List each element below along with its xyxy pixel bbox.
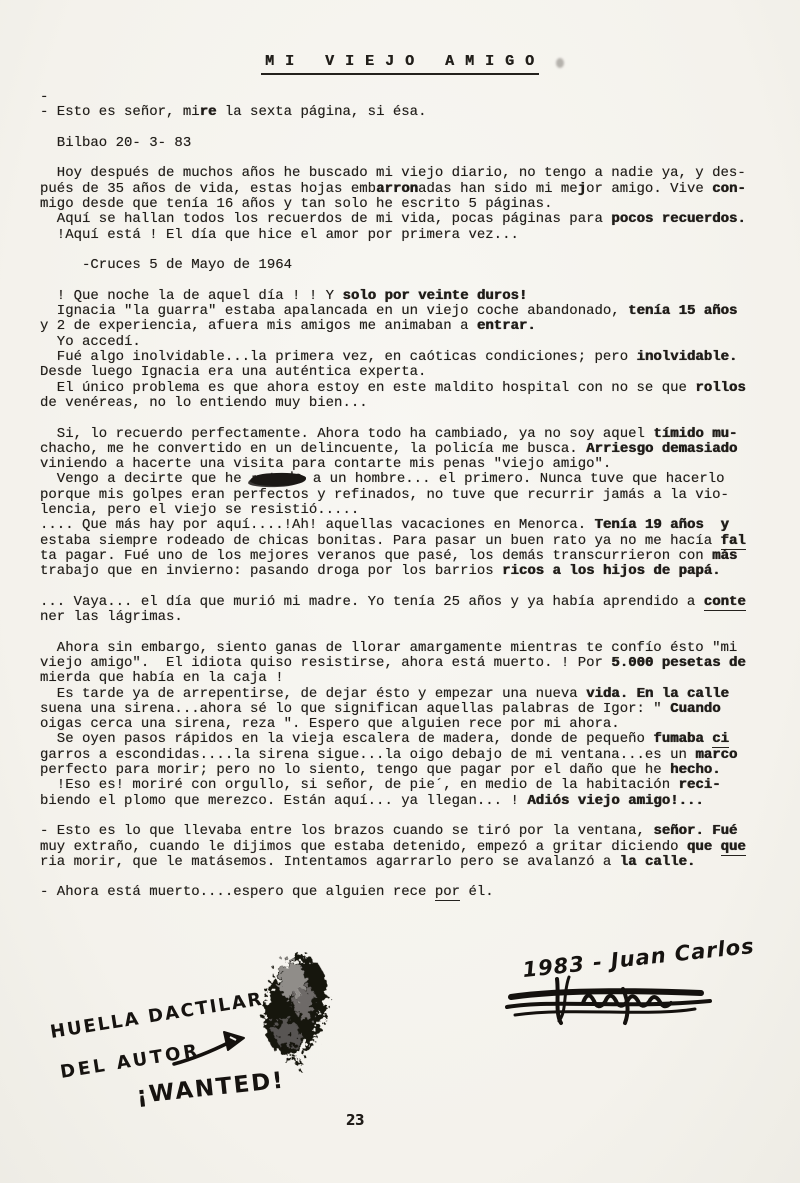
typewriter-line: estaba siempre rodeado de chicas bonitas… xyxy=(40,534,768,549)
typewriter-line xyxy=(40,121,768,136)
text-segment: señor. Fué xyxy=(653,823,737,839)
text-segment: arron xyxy=(376,181,418,197)
text-segment: Si, lo recuerdo perfectamente. Ahora tod… xyxy=(40,426,653,442)
text-segment: estaba siempre rodeado de chicas bonitas… xyxy=(40,533,721,549)
text-segment: Fué algo inolvidable...la primera vez, e… xyxy=(40,349,637,365)
text-segment: viejo amigo". El idiota quiso resistirse… xyxy=(40,655,611,671)
text-segment: ta pagar. Fué uno de los mejores veranos… xyxy=(40,548,712,564)
typewriter-line: - Esto es lo que llevaba entre los brazo… xyxy=(40,824,768,839)
text-segment: pocos recuerdos. xyxy=(611,211,745,227)
typewriter-line: !Aquí está ! El día que hice el amor por… xyxy=(40,228,768,243)
text-segment: rollos xyxy=(695,380,745,396)
typewriter-line: Vengo a decirte que he matado a un hombr… xyxy=(40,472,768,487)
text-segment: que xyxy=(687,839,721,855)
text-segment: por xyxy=(435,884,460,901)
signature-scribble-icon xyxy=(505,975,715,1027)
text-segment: porque mis golpes eran perfectos y refin… xyxy=(40,487,729,503)
text-segment: con- xyxy=(712,181,746,197)
typewriter-line: Se oyen pasos rápidos en la vieja escale… xyxy=(40,732,768,747)
typewriter-line: Desde luego Ignacia era una auténtica ex… xyxy=(40,365,768,380)
text-segment: tenía 15 años xyxy=(628,303,737,319)
text-segment: la sexta página, si ésa. xyxy=(216,104,426,120)
page-title: M I V I E J O A M I G O xyxy=(261,53,539,75)
typewriter-line: pués de 35 años de vida, estas hojas emb… xyxy=(40,182,768,197)
typewriter-line: ta pagar. Fué uno de los mejores veranos… xyxy=(40,549,768,564)
text-segment: 5.000 pesetas de xyxy=(611,655,745,671)
typewriter-line: El único problema es que ahora estoy en … xyxy=(40,381,768,396)
text-segment: Es tarde ya de arrepentirse, de dejar és… xyxy=(40,686,586,702)
typewriter-line: - xyxy=(40,90,768,105)
text-segment: vida. En la calle xyxy=(586,686,729,702)
text-segment: migo desde que tenía 16 años y tan solo … xyxy=(40,196,552,212)
typewriter-line: Aquí se hallan todos los recuerdos de mi… xyxy=(40,212,768,227)
typewriter-line xyxy=(40,274,768,289)
text-segment: !Eso es! moriré con orgullo, si señor, d… xyxy=(40,777,679,793)
text-segment: ria morir, que le matásemos. Intentamos … xyxy=(40,854,620,870)
typewriter-line: ria morir, que le matásemos. Intentamos … xyxy=(40,855,768,870)
text-segment: or amigo. Vive xyxy=(586,181,712,197)
typewriter-line: garros a escondidas....la sirena sigue..… xyxy=(40,748,768,763)
typewriter-line: !Eso es! moriré con orgullo, si señor, d… xyxy=(40,778,768,793)
text-segment: pués de 35 años de vida, estas hojas emb xyxy=(40,181,376,197)
text-segment: - Ahora está muerto....espero que alguie… xyxy=(40,884,435,900)
ink-smudge xyxy=(556,58,564,68)
scanned-document-page: M I V I E J O A M I G O -- Esto es señor… xyxy=(0,0,800,1183)
text-segment: Vengo a decirte que he xyxy=(40,471,250,487)
text-segment: muy extraño, cuando le dijimos que estab… xyxy=(40,839,687,855)
text-segment: reci- xyxy=(679,777,721,793)
text-segment: conte xyxy=(704,594,746,611)
typewriter-line: - Esto es señor, mire la sexta página, s… xyxy=(40,105,768,120)
typewriter-text: -- Esto es señor, mire la sexta página, … xyxy=(40,90,768,901)
text-segment: ner las lágrimas. xyxy=(40,609,183,625)
text-segment: garros a escondidas....la sirena sigue..… xyxy=(40,747,695,763)
text-segment: tímido mu- xyxy=(653,426,737,442)
typewriter-line xyxy=(40,625,768,640)
text-segment: ! Que noche la de aquel día ! ! Y xyxy=(40,288,342,304)
text-segment: chacho, me he convertido en un delincuen… xyxy=(40,441,586,457)
text-segment: mierda que había en la caja ! xyxy=(40,670,284,686)
text-segment: hecho. xyxy=(670,762,720,778)
text-segment: oigas cerca una sirena, reza ". Espero q… xyxy=(40,716,620,732)
text-segment: adas han sido mi me xyxy=(418,181,578,197)
page-number: 23 xyxy=(346,1111,364,1129)
typewriter-line: .... Que más hay por aquí....!Ah! aquell… xyxy=(40,518,768,533)
typewriter-line: ner las lágrimas. xyxy=(40,610,768,625)
fingerprint-caption-line2: DEL AUTOR xyxy=(59,1040,202,1083)
text-segment: él. xyxy=(460,884,494,900)
text-segment: Se oyen pasos rápidos en la vieja escale… xyxy=(40,731,653,747)
typewriter-line: chacho, me he convertido en un delincuen… xyxy=(40,442,768,457)
text-segment: Adiós viejo amigo!... xyxy=(527,793,703,809)
typewriter-line xyxy=(40,411,768,426)
typewriter-line: biendo el plomo que merezco. Están aquí.… xyxy=(40,794,768,809)
typewriter-line: de venéreas, no lo entiendo muy bien... xyxy=(40,396,768,411)
text-segment: El único problema es que ahora estoy en … xyxy=(40,380,695,396)
text-segment: inolvidable. xyxy=(637,349,738,365)
typewriter-line: Bilbao 20- 3- 83 xyxy=(40,136,768,151)
text-segment: .... Que más hay por aquí....!Ah! aquell… xyxy=(40,517,595,533)
typewriter-line: Si, lo recuerdo perfectamente. Ahora tod… xyxy=(40,427,768,442)
text-segment: lencia, pero el viejo se resistió..... xyxy=(40,502,359,518)
text-segment: Ahora sin embargo, siento ganas de llora… xyxy=(40,640,737,656)
typewriter-line: ... Vaya... el día que murió mi madre. Y… xyxy=(40,595,768,610)
text-segment: y 2 de experiencia, afuera mis amigos me… xyxy=(40,318,477,334)
typewriter-line xyxy=(40,809,768,824)
text-segment: ricos a los hijos de papá. xyxy=(502,563,720,579)
text-segment: Aquí se hallan todos los recuerdos de mi… xyxy=(40,211,611,227)
text-segment: fumaba xyxy=(653,731,712,747)
text-segment: Tenía 19 años y xyxy=(595,517,729,533)
typewriter-line xyxy=(40,243,768,258)
wanted-caption: ¡WANTED! xyxy=(135,1068,286,1109)
title-row: M I V I E J O A M I G O xyxy=(0,52,800,75)
text-segment: de venéreas, no lo entiendo muy bien... xyxy=(40,395,368,411)
typewriter-line: Ahora sin embargo, siento ganas de llora… xyxy=(40,641,768,656)
text-segment: Desde luego Ignacia era una auténtica ex… xyxy=(40,364,426,380)
text-segment: - Esto es señor, mi xyxy=(40,104,200,120)
text-segment: j xyxy=(578,181,586,197)
text-segment: marco xyxy=(695,747,737,763)
text-segment: Ignacia "la guarra" estaba apalancada en… xyxy=(40,303,628,319)
text-segment: suena una sirena...ahora sé lo que signi… xyxy=(40,701,670,717)
text-segment: !Aquí está ! El día que hice el amor por… xyxy=(40,227,519,243)
typewriter-line: trabajo que en invierno: pasando droga p… xyxy=(40,564,768,579)
text-segment: -Cruces 5 de Mayo de 1964 xyxy=(40,257,292,273)
typewriter-line: suena una sirena...ahora sé lo que signi… xyxy=(40,702,768,717)
typewriter-line: Yo accedí. xyxy=(40,335,768,350)
text-segment: perfecto para morir; pero no lo siento, … xyxy=(40,762,670,778)
typewriter-line: - Ahora está muerto....espero que alguie… xyxy=(40,885,768,900)
typewriter-line: mierda que había en la caja ! xyxy=(40,671,768,686)
typewriter-line: ! Que noche la de aquel día ! ! Y solo p… xyxy=(40,289,768,304)
text-segment: re xyxy=(200,104,217,120)
text-segment: a un hombre... el primero. Nunca tuve qu… xyxy=(304,471,724,487)
typewriter-line xyxy=(40,580,768,595)
typewriter-line: porque mis golpes eran perfectos y refin… xyxy=(40,488,768,503)
text-segment: la calle. xyxy=(620,854,696,870)
text-segment: Yo accedí. xyxy=(40,334,141,350)
typewriter-line: -Cruces 5 de Mayo de 1964 xyxy=(40,258,768,273)
text-segment: más xyxy=(712,548,737,564)
text-segment: viniendo a hacerte una visita para conta… xyxy=(40,456,611,472)
text-segment: Cuando xyxy=(670,701,720,717)
text-segment: matado xyxy=(250,472,305,486)
text-segment: ... Vaya... el día que murió mi madre. Y… xyxy=(40,594,704,610)
typewriter-line: y 2 de experiencia, afuera mis amigos me… xyxy=(40,319,768,334)
typewriter-line: Es tarde ya de arrepentirse, de dejar és… xyxy=(40,687,768,702)
text-segment: - xyxy=(40,89,48,105)
text-segment: solo por veinte duros! xyxy=(342,288,527,304)
text-segment: trabajo que en invierno: pasando droga p… xyxy=(40,563,502,579)
text-segment: entrar. xyxy=(477,318,536,334)
text-segment: que xyxy=(721,839,746,856)
text-segment: - Esto es lo que llevaba entre los brazo… xyxy=(40,823,653,839)
typewriter-line: viejo amigo". El idiota quiso resistirse… xyxy=(40,656,768,671)
typewriter-line: Hoy después de muchos años he buscado mi… xyxy=(40,166,768,181)
text-segment: Hoy después de muchos años he buscado mi… xyxy=(40,165,746,181)
text-segment: Arriesgo demasiado xyxy=(586,441,737,457)
typewriter-line: muy extraño, cuando le dijimos que estab… xyxy=(40,840,768,855)
text-segment: Bilbao 20- 3- 83 xyxy=(40,135,191,151)
text-segment: biendo el plomo que merezco. Están aquí.… xyxy=(40,793,527,809)
